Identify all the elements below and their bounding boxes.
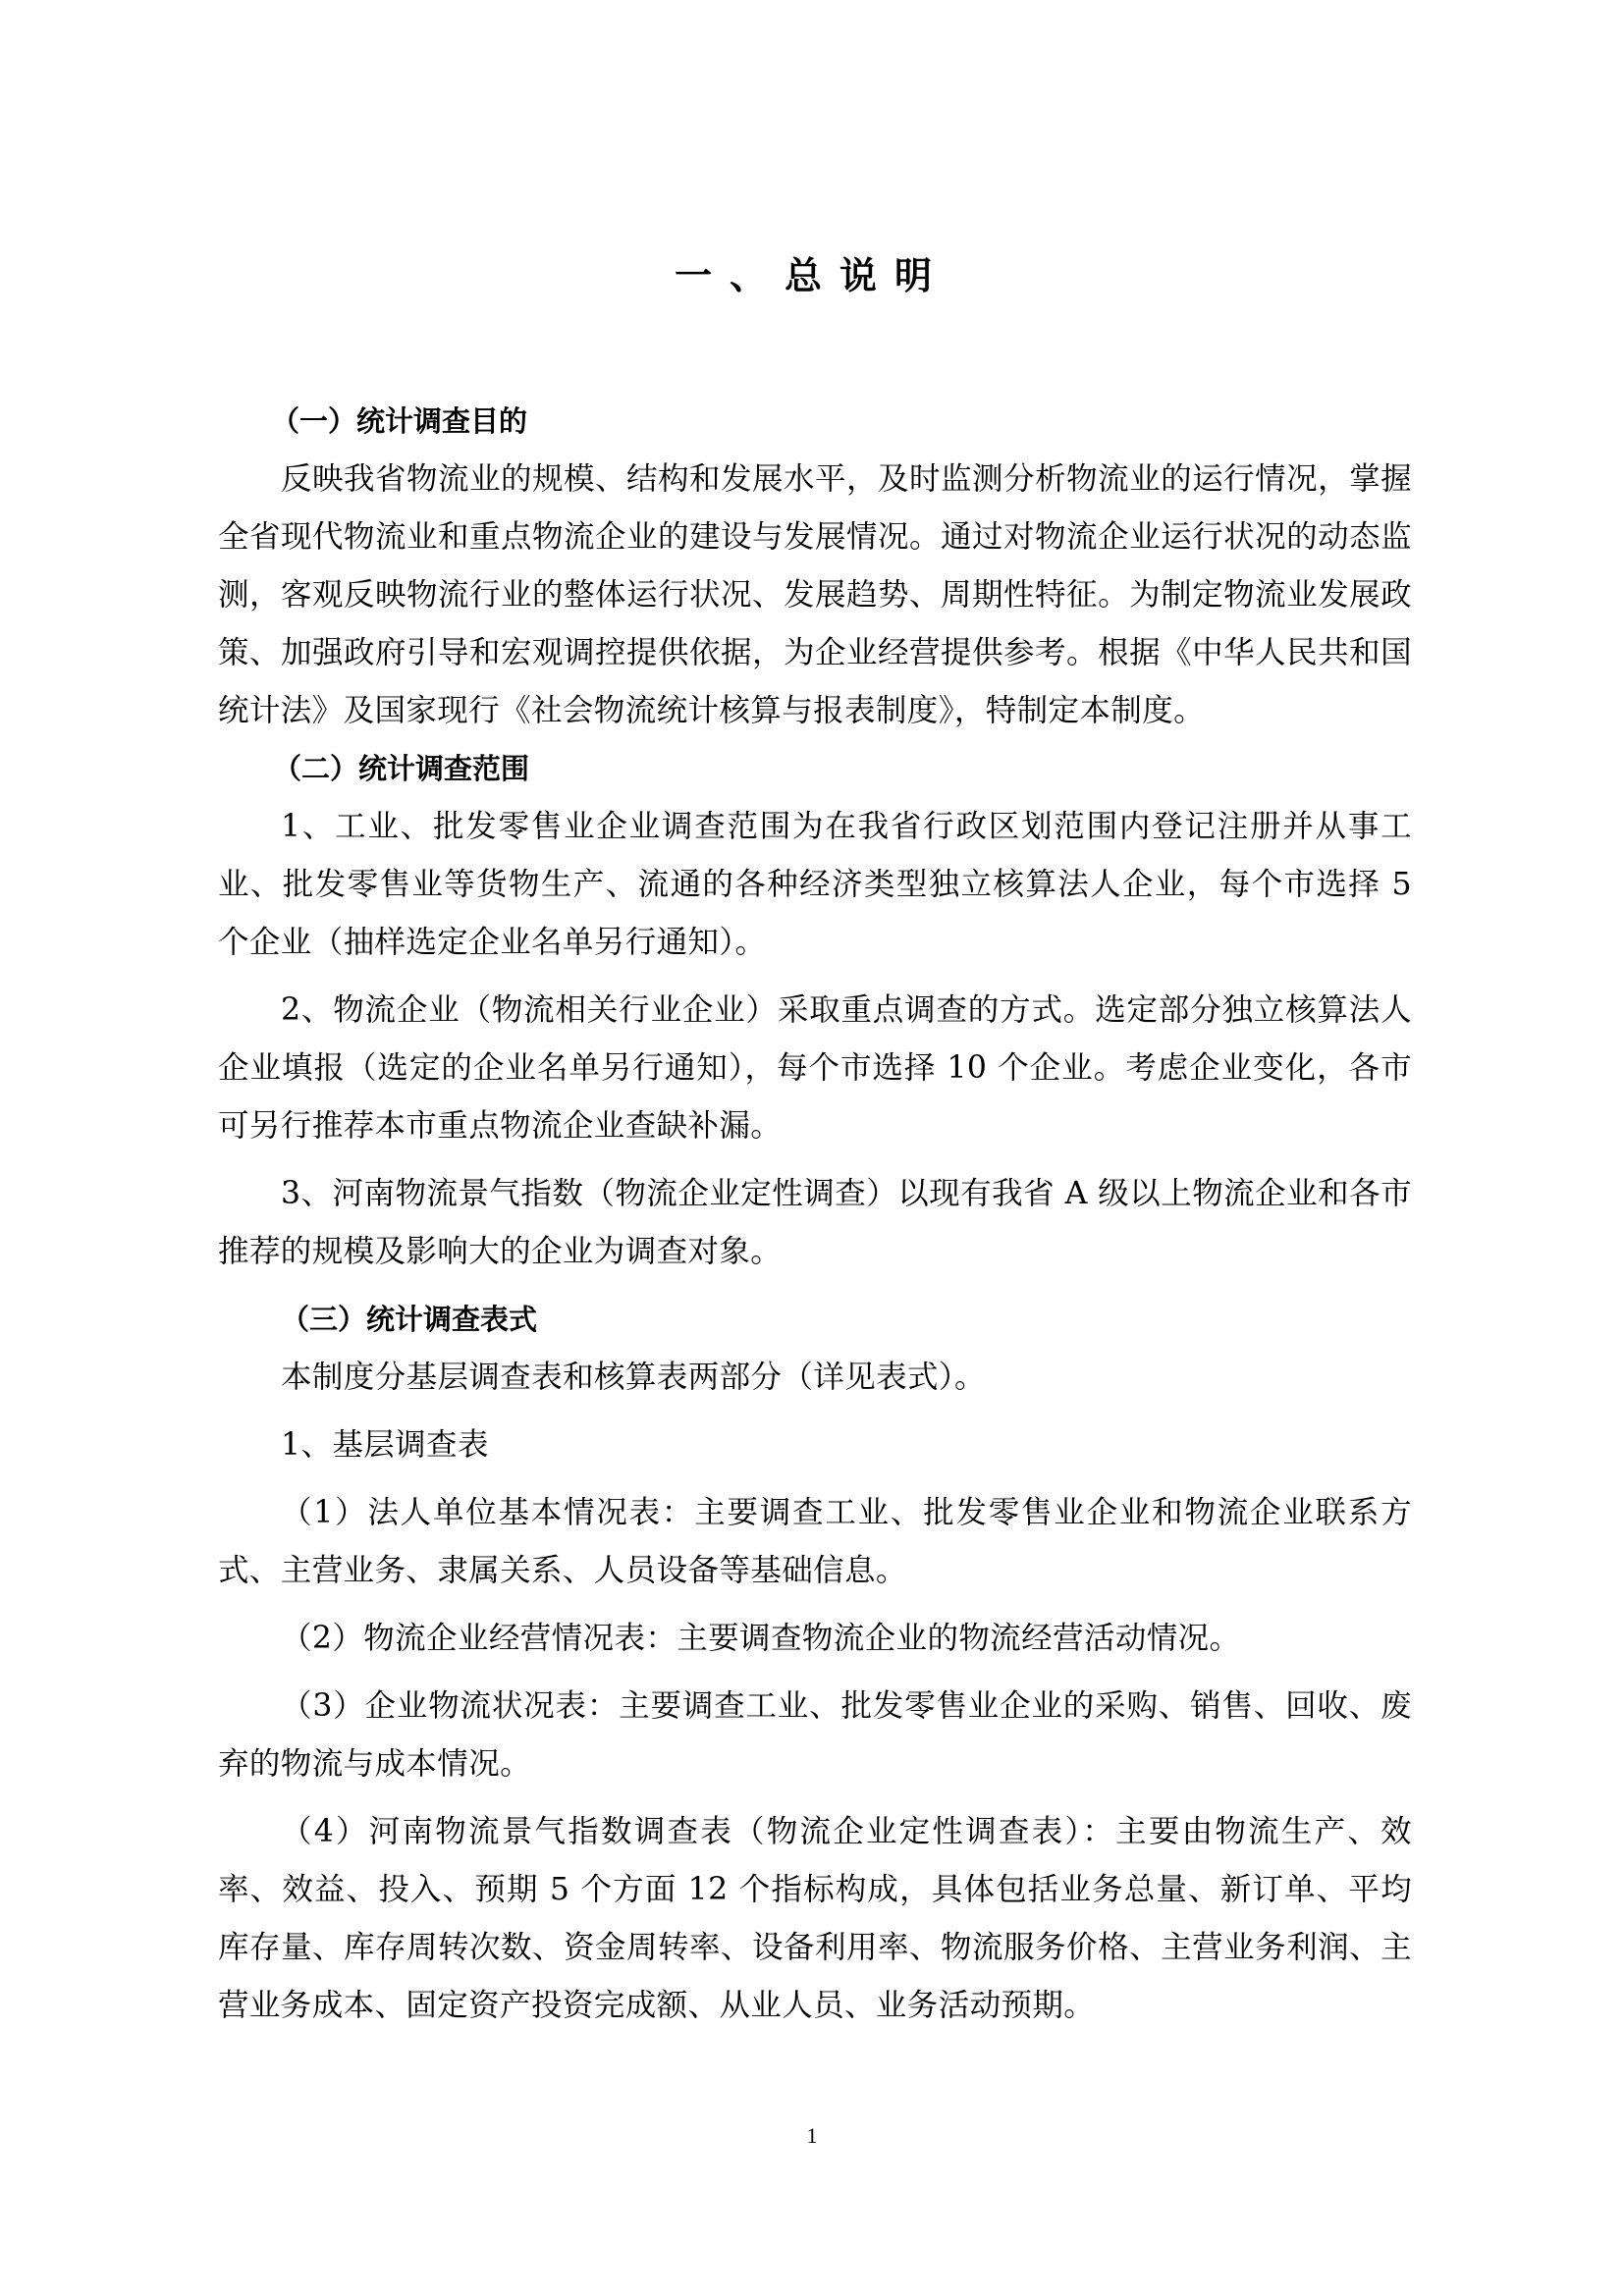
list-item: （3）企业物流状况表：主要调查工业、批发零售业企业的采购、销售、回收、废弃的物流… bbox=[218, 1678, 1412, 1793]
section-heading-purpose: （一）统计调查目的 bbox=[218, 393, 1412, 451]
paragraph: 本制度分基层调查表和核算表两部分（详见表式）。 bbox=[218, 1349, 1412, 1407]
list-item: （2）物流企业经营情况表：主要调查物流企业的物流经营活动情况。 bbox=[218, 1610, 1412, 1668]
paragraph: 3、河南物流景气指数（物流企业定性调查）以现有我省 A 级以上物流企业和各市推荐… bbox=[218, 1165, 1412, 1281]
document-page: 一、总说明 （一）统计调查目的 反映我省物流业的规模、结构和发展水平，及时监测分… bbox=[0, 0, 1624, 2296]
subheading-basic-forms: 1、基层调查表 bbox=[218, 1416, 1412, 1474]
list-item: （4）河南物流景气指数调查表（物流企业定性调查表）：主要由物流生产、效率、效益、… bbox=[218, 1803, 1412, 2035]
list-item: （1）法人单位基本情况表：主要调查工业、批发零售业企业和物流企业联系方式、主营业… bbox=[218, 1484, 1412, 1600]
section-heading-scope: （二）统计调查范围 bbox=[218, 740, 1412, 798]
section-heading-forms: （三）统计调查表式 bbox=[218, 1291, 1412, 1349]
paragraph: 1、工业、批发零售业企业调查范围为在我省行政区划范围内登记注册并从事工业、批发零… bbox=[218, 798, 1412, 972]
page-title: 一、总说明 bbox=[0, 251, 1624, 300]
paragraph: 反映我省物流业的规模、结构和发展水平，及时监测分析物流业的运行情况，掌握全省现代… bbox=[218, 451, 1412, 740]
document-body: （一）统计调查目的 反映我省物流业的规模、结构和发展水平，及时监测分析物流业的运… bbox=[218, 393, 1412, 2035]
page-number: 1 bbox=[0, 2123, 1624, 2149]
paragraph: 2、物流企业（物流相关行业企业）采取重点调查的方式。选定部分独立核算法人企业填报… bbox=[218, 982, 1412, 1155]
